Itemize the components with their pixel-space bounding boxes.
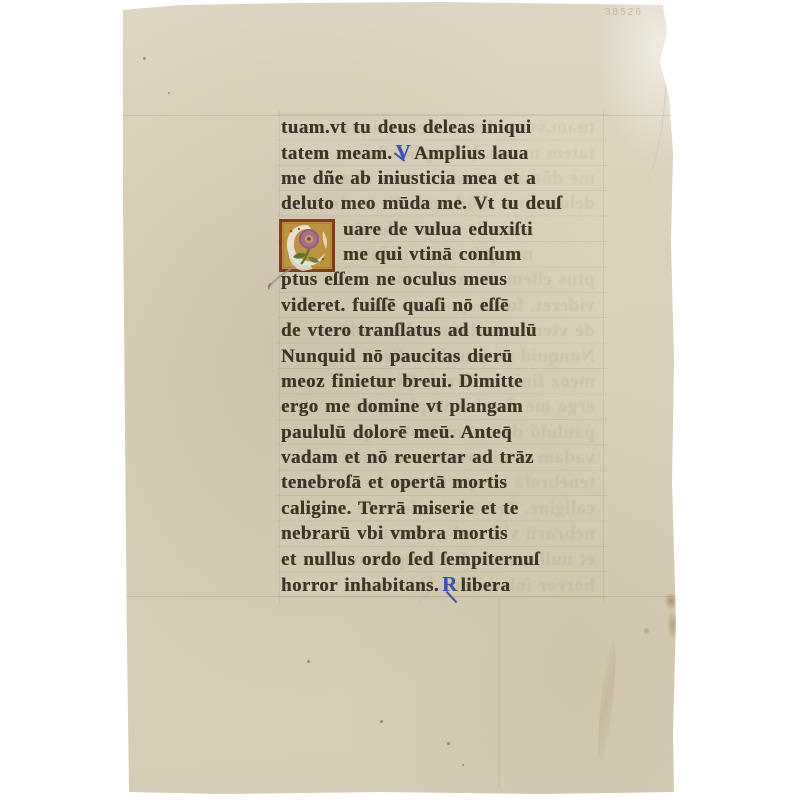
responsory-mark: R <box>439 572 461 596</box>
stain <box>667 610 678 640</box>
text-line: tenebroſā et opertā mortis <box>281 470 603 495</box>
stain <box>664 592 678 610</box>
text-line: tatem meam.VAmplius laua <box>281 140 603 165</box>
text-line: paululū dolorē meū. Anteq̄ <box>281 420 603 445</box>
line-segment: tatem meam. <box>281 143 392 164</box>
text-line: tuam.vt tu deus deleas iniqui <box>281 115 603 140</box>
text-line: uare de vulua eduxiſti <box>281 217 603 242</box>
text-line: me qui vtinā conſum <box>281 242 603 267</box>
text-line: videret. fuiſſē quaſi nō eſſē <box>281 293 603 318</box>
text-line: deluto meo mūda me. Vt tu deuſ <box>281 191 603 216</box>
speck <box>380 720 383 723</box>
speck <box>462 764 464 766</box>
line-segment: libera <box>461 575 511 596</box>
versicle-mark: V <box>392 140 414 164</box>
speck <box>168 92 170 94</box>
vertical-fold-mark <box>498 598 500 788</box>
text-line: horror inhabitans.Rlibera <box>281 572 603 597</box>
line-segment: Amplius laua <box>414 143 529 164</box>
text-line: vadam et nō reuertar ad trāz <box>281 445 603 470</box>
speck <box>447 742 450 745</box>
text-line: caligine. Terrā miserie et te <box>281 496 603 521</box>
water-streak <box>595 642 619 761</box>
text-line: meoz finietur breui. Dimitte <box>281 369 603 394</box>
speck <box>143 57 146 60</box>
text-line: me dñe ab iniusticia mea et a <box>281 166 603 191</box>
text-line: et nullus ordo ſed ſempiternuſ <box>281 547 603 572</box>
pencil-inventory-number: 38526 <box>605 7 643 18</box>
text-line: ptus eſſem ne oculus meus <box>281 267 603 292</box>
text-line: Nunquid nō paucitas dierū <box>281 344 603 369</box>
fold-crease <box>635 38 668 188</box>
speck <box>307 660 310 663</box>
text-line: nebrarū vbi vmbra mortis <box>281 521 603 546</box>
line-segment: horror inhabitans. <box>281 575 439 596</box>
text-block: tuam.vt tu deus deleas iniqui tatem meam… <box>281 115 603 597</box>
manuscript-leaf: 38526 tuam.vt tu deus deleas iniqu <box>121 2 676 794</box>
text-line: ergo me domine vt plangam <box>281 394 603 419</box>
text-line: de vtero tranſlatus ad tumulū <box>281 318 603 343</box>
ruling-line-vertical-right <box>603 110 604 604</box>
stain <box>643 627 650 635</box>
photo-background: { "photo": { "background_color": "#fffff… <box>0 0 800 800</box>
